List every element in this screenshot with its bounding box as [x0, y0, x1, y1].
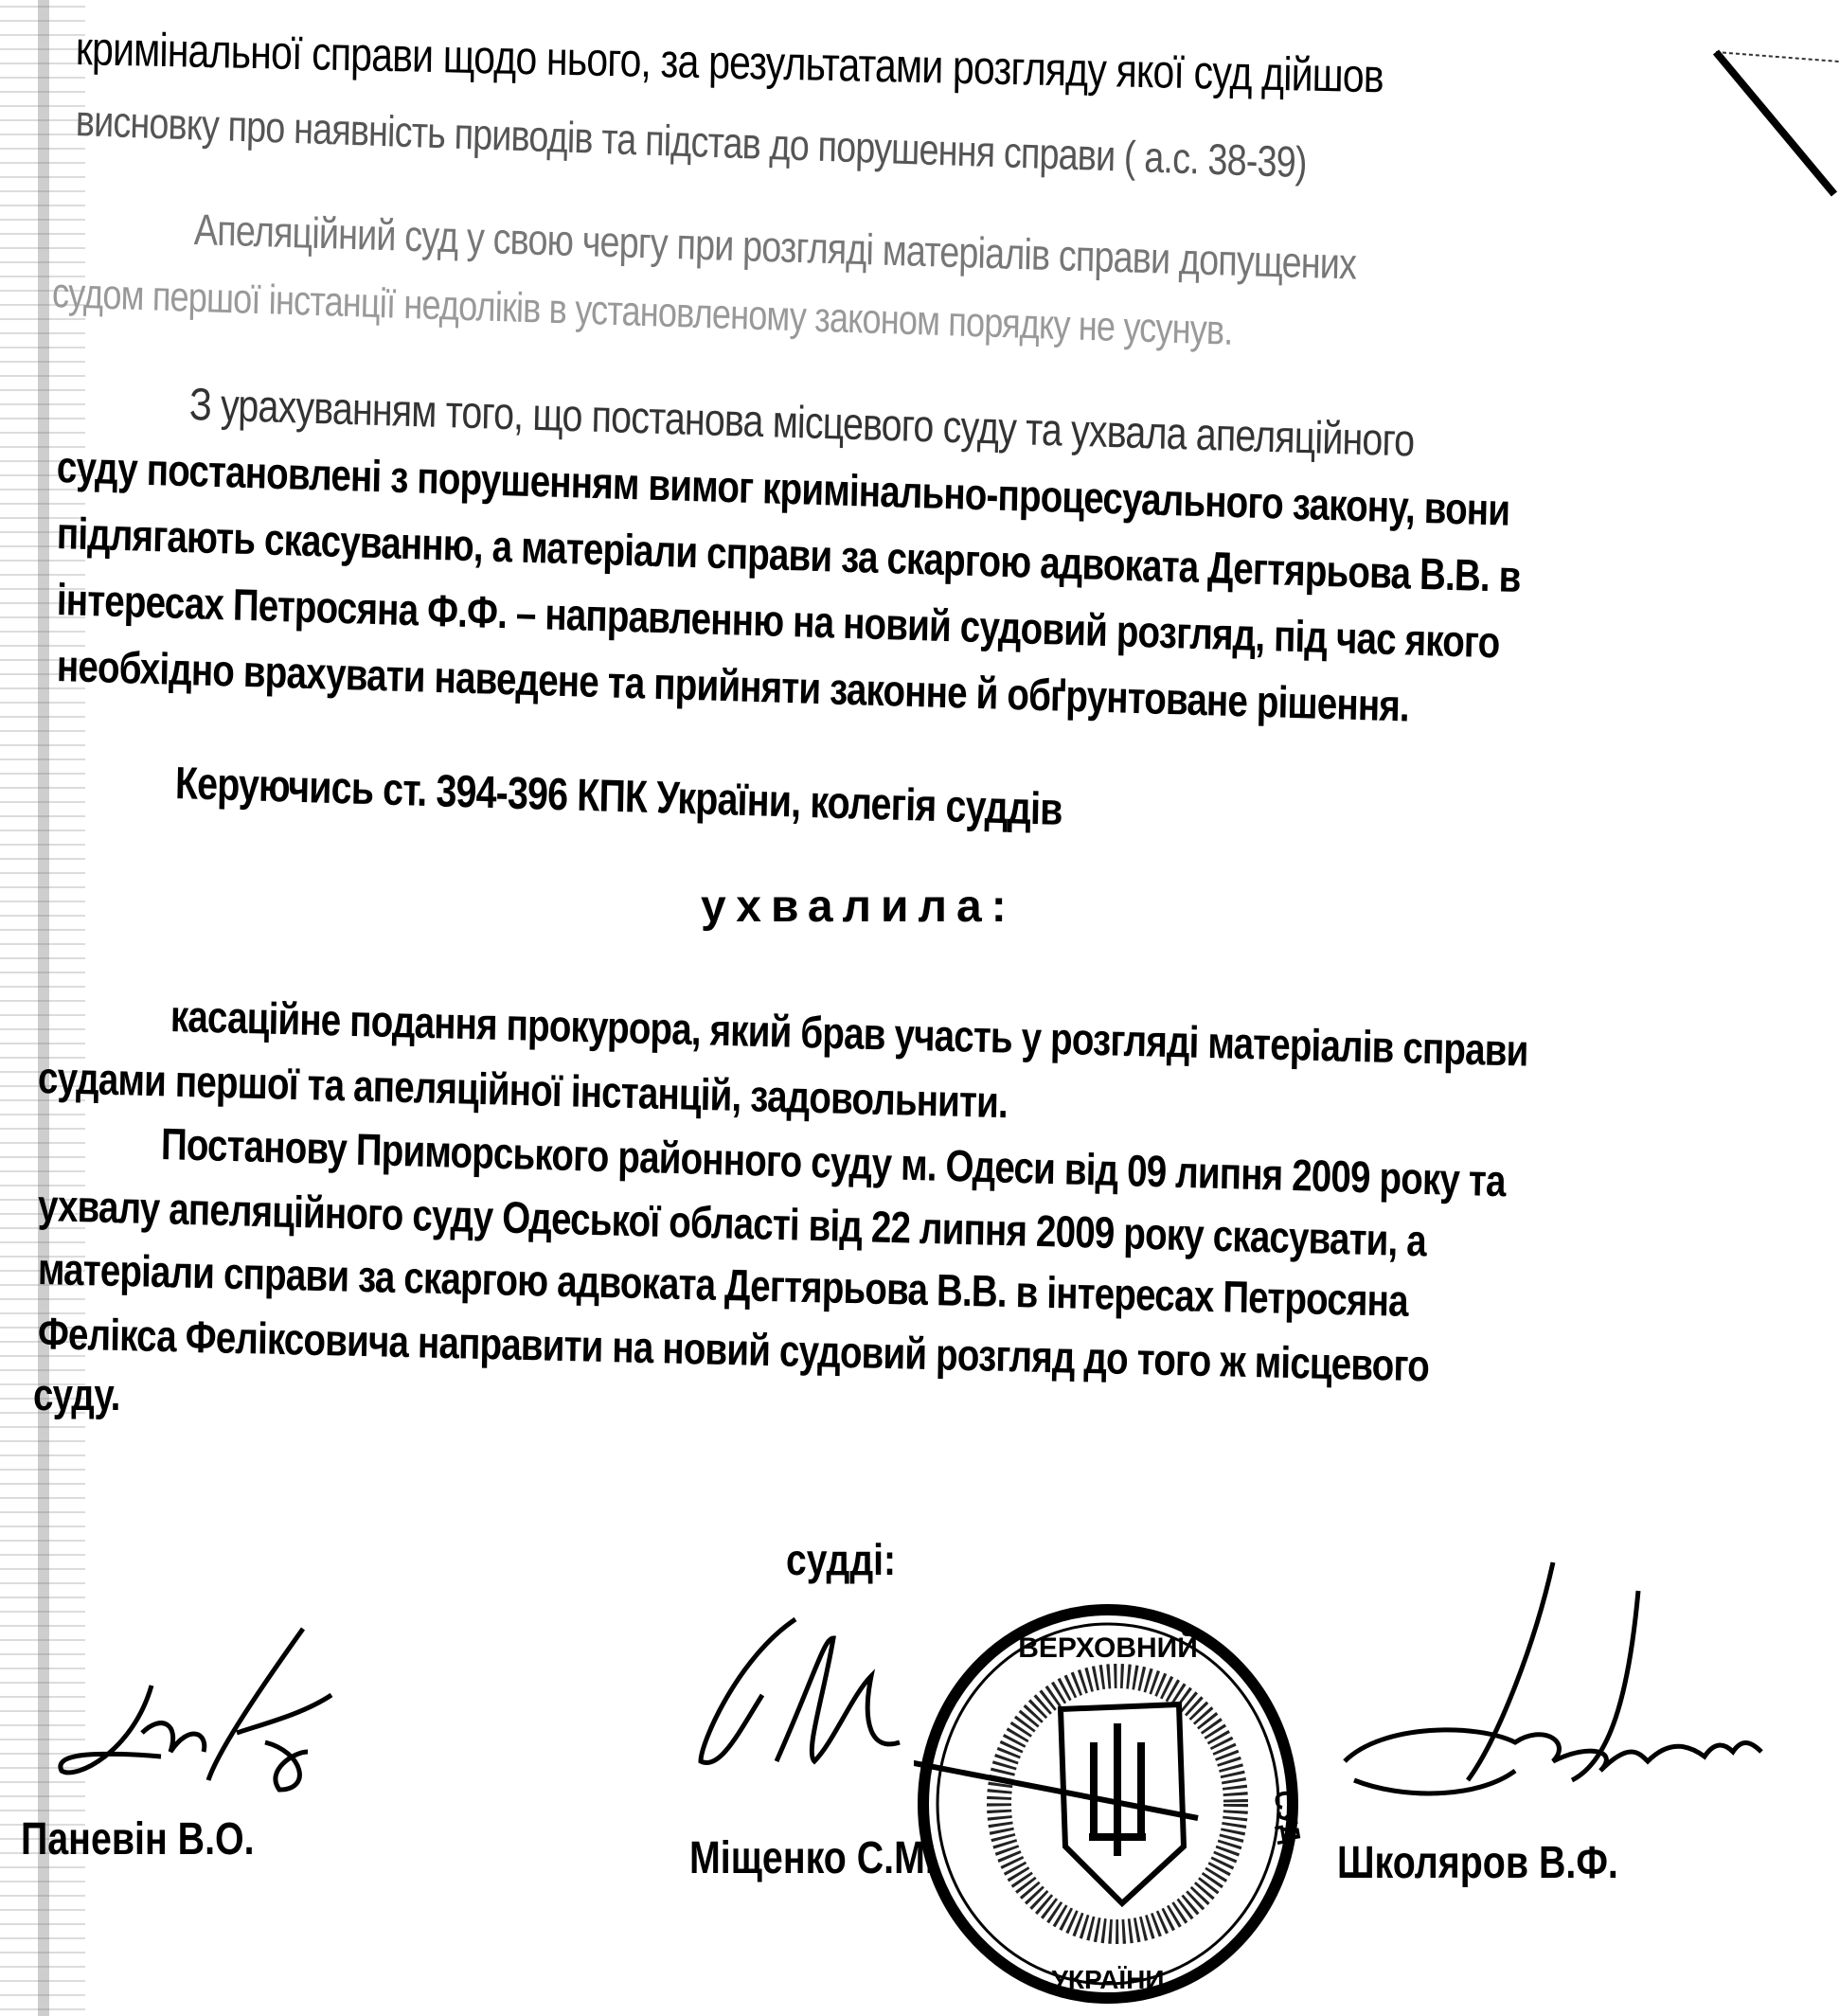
text-segment: направити на новий судовий розгляд до то…	[408, 1316, 1430, 1390]
document-page: кримінальної справи щодо нього, за резул…	[0, 0, 1839, 2016]
text-line: судами першої та апеляційної інстанцій, …	[38, 1051, 1009, 1128]
svg-text:СУД: СУД	[1268, 1788, 1302, 1845]
text-line: висновку про наявність приводів та підст…	[75, 95, 1307, 187]
svg-text:УКРАЇНИ: УКРАЇНИ	[1051, 1965, 1164, 1994]
judge-name: Міщенко С.М.	[689, 1832, 936, 1884]
text-line: кримінальної справи щодо нього, за резул…	[76, 21, 1384, 103]
svg-text:ВЕРХОВНИЙ: ВЕРХОВНИЙ	[1018, 1632, 1198, 1664]
court-seal-icon: ВЕРХОВНИЙ УКРАЇНИ СУД	[914, 1600, 1302, 2007]
folded-corner-icon	[1697, 38, 1839, 199]
signature-icon	[19, 1610, 455, 1799]
judge-name: Школяров В.Ф.	[1337, 1837, 1618, 1889]
text-line: Керуючись ст. 394-396 КПК України, колег…	[174, 758, 1062, 836]
judges-label: судді:	[786, 1534, 896, 1585]
text-line: суду.	[33, 1368, 120, 1420]
defendant-name: Фелікса Феліксовича	[38, 1308, 409, 1366]
defendant-surname: Петросяна	[1223, 1271, 1408, 1326]
text-line: Апеляційний суд у свою чергу при розгляд…	[193, 204, 1356, 290]
judge-name: Паневін В.О.	[21, 1813, 255, 1865]
text-line: судом першої інстанції недоліків в устан…	[51, 270, 1233, 355]
signature-icon	[1326, 1553, 1837, 1818]
ruling-heading: ухвалила:	[701, 881, 1016, 933]
